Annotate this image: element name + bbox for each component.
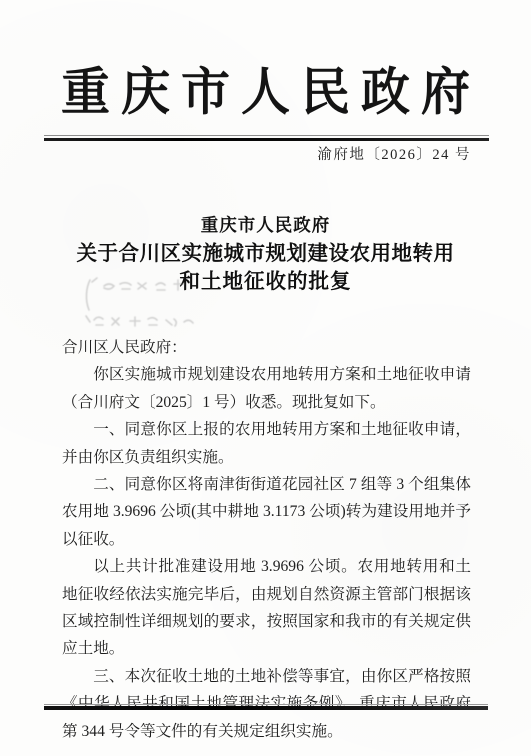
- title-line-2: 关于合川区实施城市规划建设农用地转用: [0, 240, 531, 268]
- footer-rule-thin-line: [44, 704, 488, 705]
- header-rule: [44, 135, 489, 141]
- paragraph-4: 以上共计批准建设用地 3.9696 公顷。农用地转用和土地征收经依法实施完毕后，…: [62, 553, 471, 663]
- document-title: 重庆市人民政府 关于合川区实施城市规划建设农用地转用 和土地征收的批复: [0, 211, 531, 296]
- title-line-3: 和土地征收的批复: [0, 268, 531, 296]
- masthead-title: 重庆市人民政府: [0, 63, 531, 123]
- footer-rule-thick-line: [44, 706, 488, 710]
- footer-rule: [44, 704, 488, 710]
- document-page: 重庆市人民政府 渝府地〔2026〕24 号 重庆市人民政府 关于合川区实施城市规…: [0, 0, 531, 756]
- paragraph-1: 你区实施城市规划建设农用地转用方案和土地征收申请（合川府文〔2025〕1 号）收…: [62, 361, 471, 416]
- body-text: 合川区人民政府： 你区实施城市规划建设农用地转用方案和土地征收申请（合川府文〔2…: [62, 334, 471, 745]
- paragraph-2: 一、同意你区上报的农用地转用方案和土地征收申请，并由你区负责组织实施。: [62, 416, 471, 471]
- header-rule-thick-line: [44, 138, 489, 141]
- salutation: 合川区人民政府：: [62, 334, 471, 361]
- title-line-1: 重庆市人民政府: [0, 211, 531, 240]
- paragraph-3: 二、同意你区将南津街街道花园社区 7 组等 3 个组集体农用地 3.9696 公…: [62, 471, 471, 553]
- doc-number: 渝府地〔2026〕24 号: [317, 143, 471, 164]
- header-rule-thin-line: [44, 135, 489, 136]
